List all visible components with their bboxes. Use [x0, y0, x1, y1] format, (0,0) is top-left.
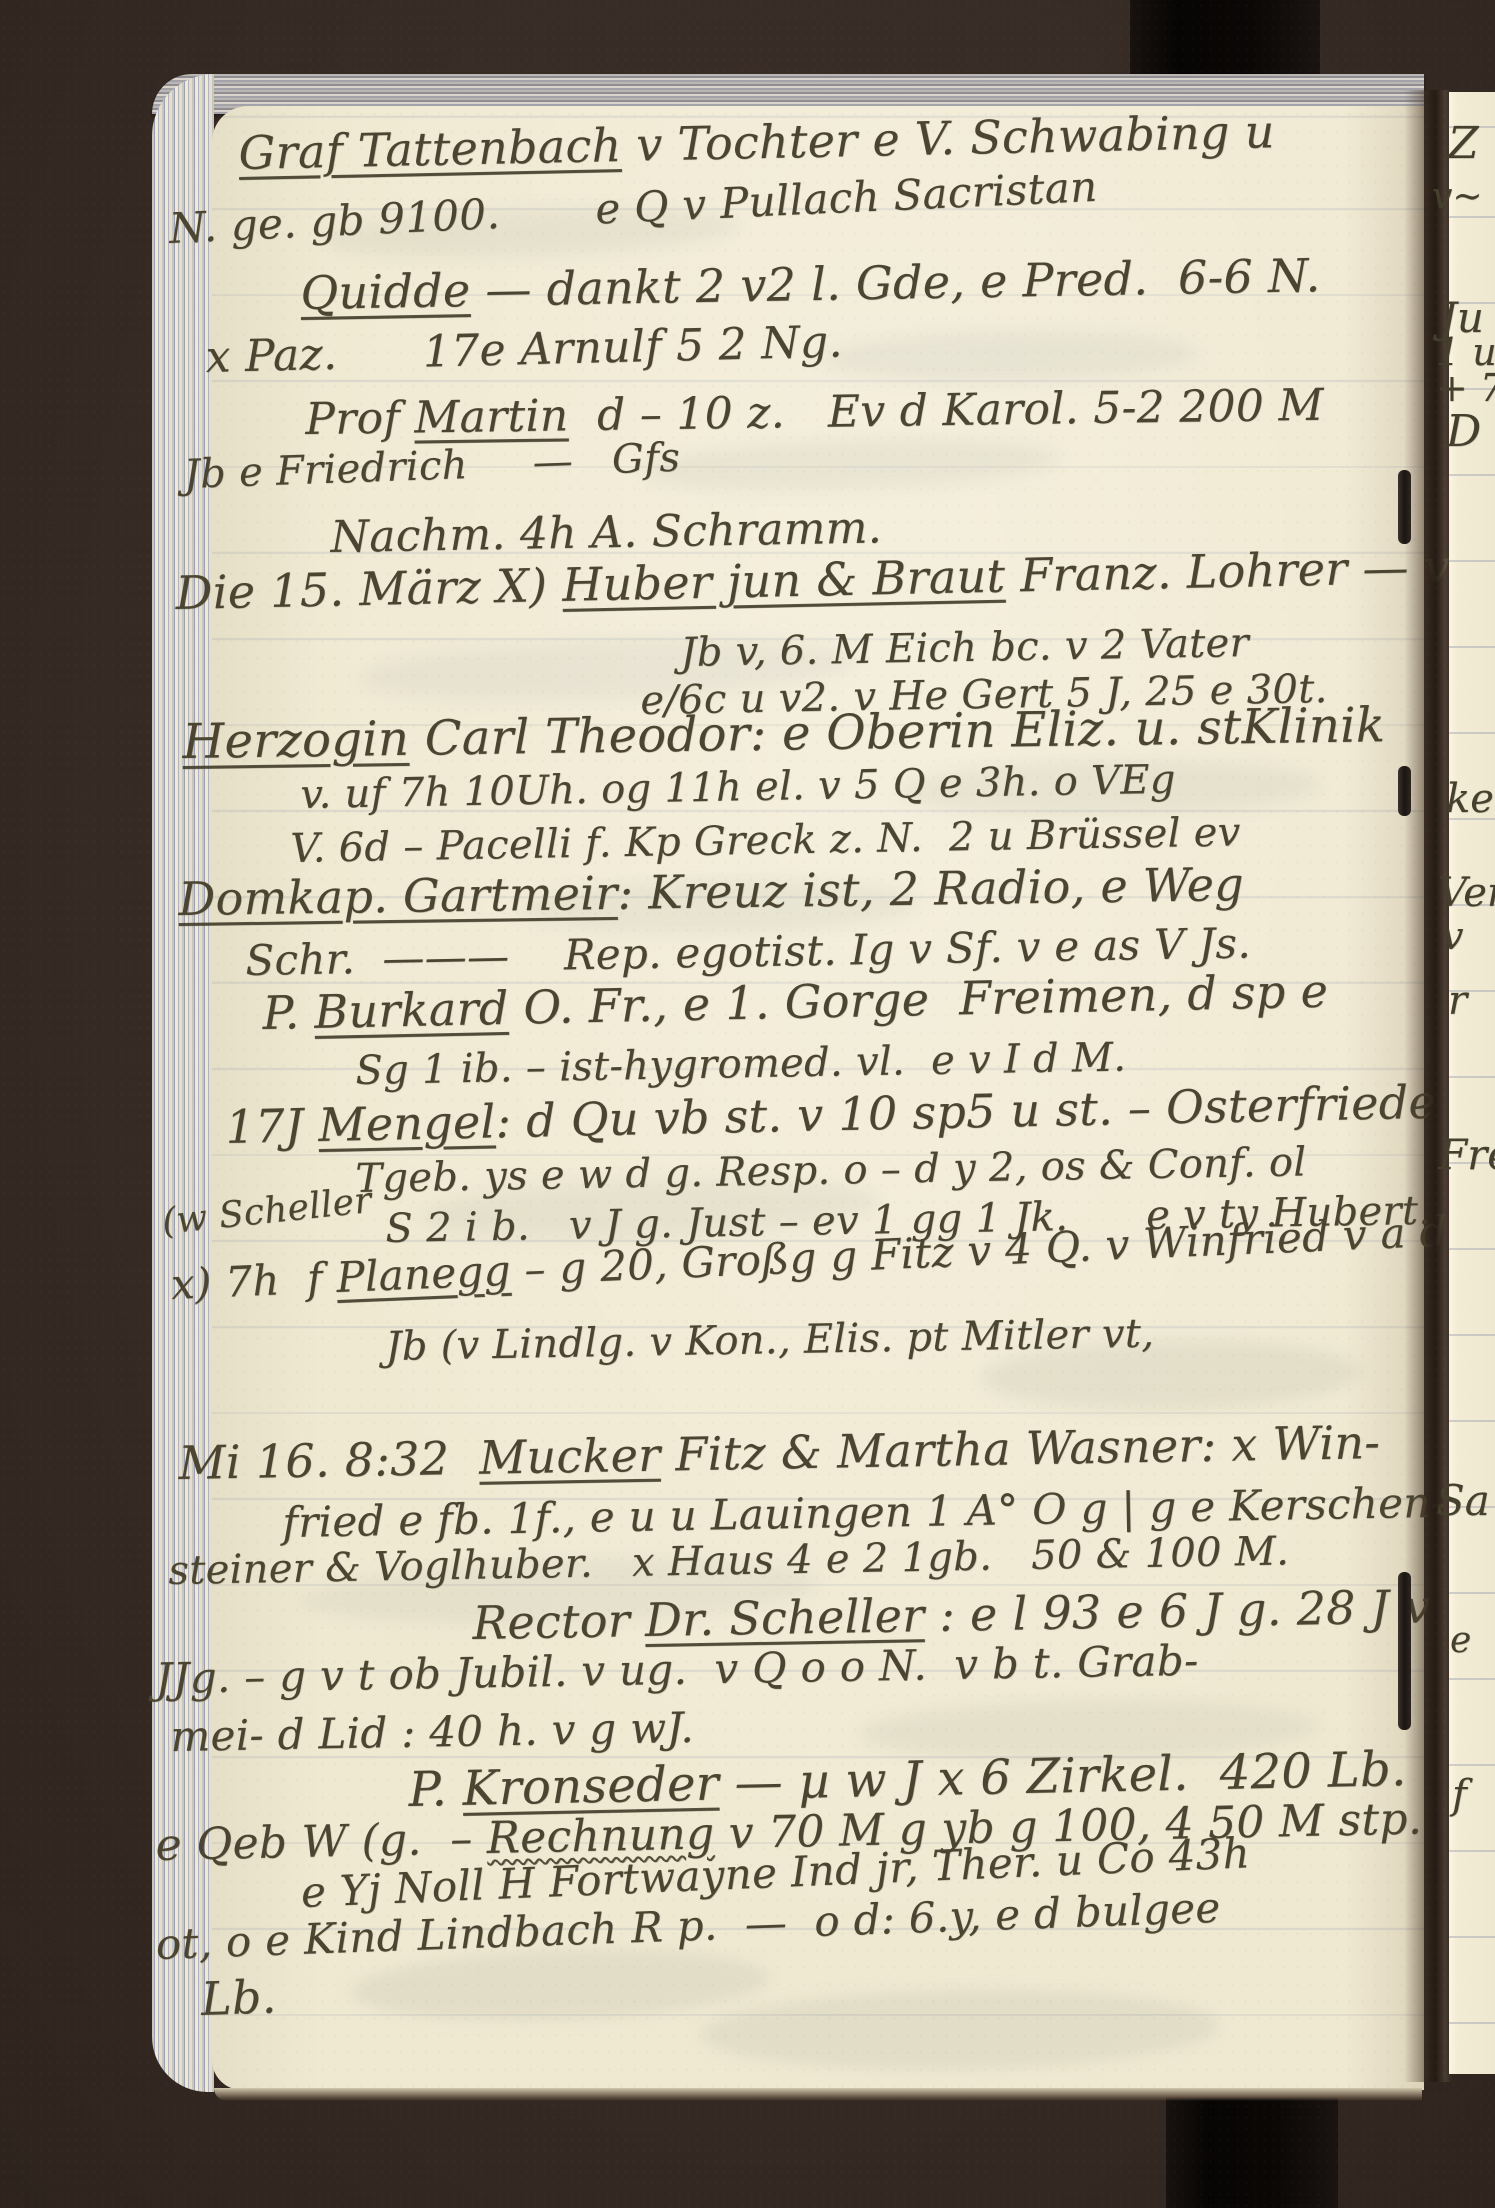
- manuscript-line-fragment: ke: [1446, 776, 1494, 822]
- manuscript-line-fragment: D: [1446, 406, 1481, 457]
- manuscript-line-fragment: e: [1450, 1620, 1471, 1661]
- manuscript-line-fragment: + 7: [1436, 366, 1495, 410]
- manuscript-line-fragment: Ver: [1438, 870, 1495, 916]
- manuscript-line-fragment: Fre: [1438, 1130, 1495, 1179]
- manuscript-line-fragment: r: [1448, 978, 1467, 1024]
- manuscript-line-fragment: f: [1452, 1772, 1467, 1818]
- manuscript-line-fragment: v~: [1432, 176, 1483, 217]
- manuscript-line-fragment: v: [1442, 914, 1463, 958]
- manuscript-line-fragment: Sa: [1436, 1476, 1490, 1525]
- manuscript-line-fragment: Z: [1448, 118, 1479, 169]
- notebook-photo: Graf Tattenbach v Tochter e V. Schwabing…: [0, 0, 1495, 2208]
- right-page-fragments: Zv~Ju1 u+ 7DkeVervrFreSaef: [0, 0, 1495, 2208]
